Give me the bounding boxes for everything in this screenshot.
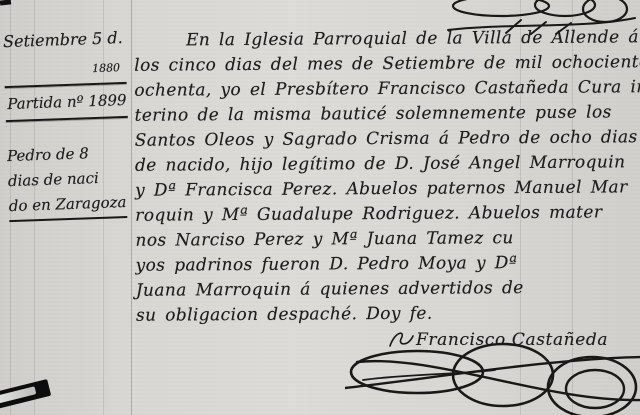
body-line: Juana Marroquin á quienes advertidos de xyxy=(136,275,638,304)
margin-year: 1880 xyxy=(4,56,127,84)
body-line: yos padrinos fueron D. Pedro Moya y Dª xyxy=(136,250,638,279)
body-line: terino de la misma bauticé solemnemente … xyxy=(134,100,636,129)
body-line: roquin y Mª Guadalupe Rodriguez. Abuelos… xyxy=(135,200,637,229)
margin-date: Setiembre 5 d. xyxy=(3,26,126,54)
body-line: su obligacion despaché. Doy fe. xyxy=(136,300,638,329)
margin-child-note: Pedro de 8 dias de naci do en Zaragoza xyxy=(7,140,132,222)
body-line: ochenta, yo el Presbítero Francisco Cast… xyxy=(134,75,636,104)
margin-notes: Setiembre 5 d. 1880 Partida nº 1899 Pedr… xyxy=(3,26,132,222)
record-body-text: En la Iglesia Parroquial de la Villa de … xyxy=(134,25,638,328)
body-line: nos Narciso Perez y Mª Juana Tamez cu xyxy=(135,225,637,254)
body-line: Santos Oleos y Sagrado Crisma á Pedro de… xyxy=(135,125,637,154)
margin-note-line: do en Zaragoza xyxy=(8,190,131,222)
scan-artifact-object xyxy=(0,379,51,410)
body-line: de nacido, hijo legítimo de D. José Ange… xyxy=(135,150,637,179)
body-line: los cinco dias del mes de Setiembre de m… xyxy=(134,50,636,79)
bottom-flourish xyxy=(345,330,640,415)
margin-note-underlined: do en Zaragoza xyxy=(8,190,127,222)
margin-separator-line xyxy=(131,0,132,415)
body-line: En la Iglesia Parroquial de la Villa de … xyxy=(134,25,636,54)
margin-partida-number: Partida nº 1899 xyxy=(5,87,128,118)
scanned-baptism-record: Setiembre 5 d. 1880 Partida nº 1899 Pedr… xyxy=(0,0,640,415)
body-line: y Dª Francisca Perez. Abuelos paternos M… xyxy=(135,175,637,204)
